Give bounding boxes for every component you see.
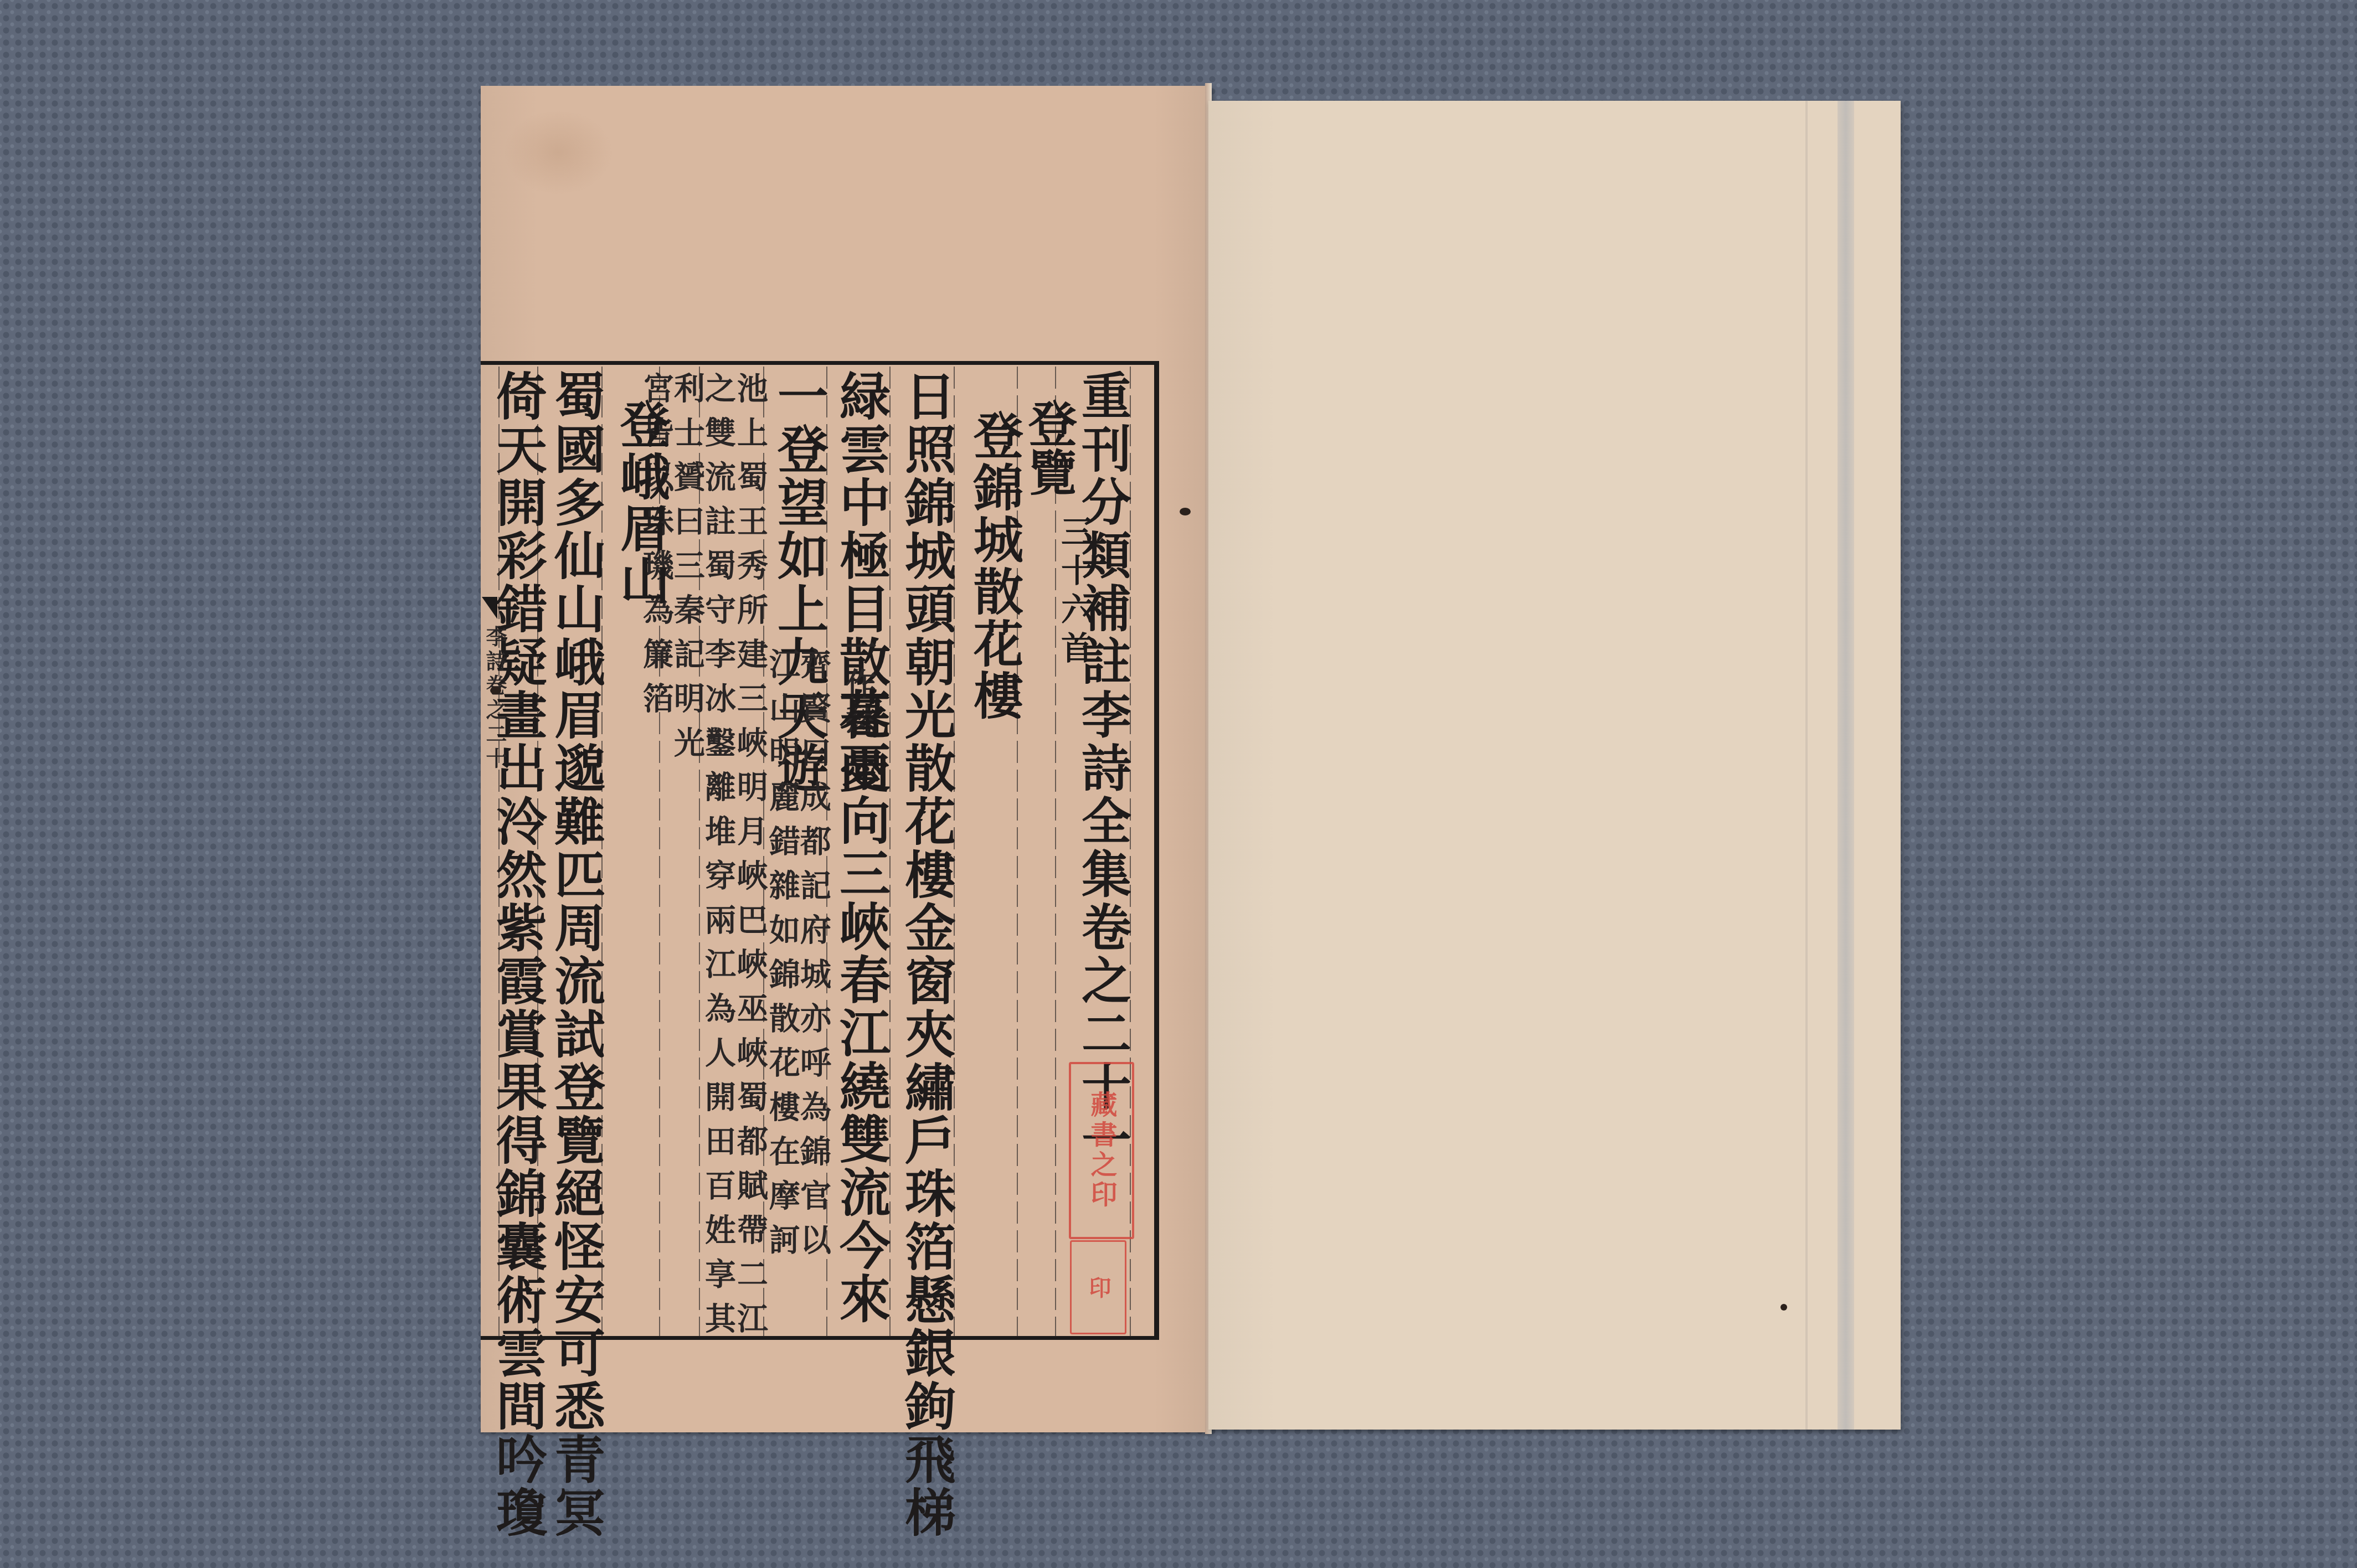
book-photo-scene: 重刊分類補註李詩全集卷之二十一 登覽 三十六首 登錦城散花樓 日照錦城頭朝光散花… [0, 0, 2357, 1568]
collector-seal-small-icon: 印 [1070, 1240, 1126, 1334]
commentary-line: 江山明麗錯雜如錦散花樓在摩訶 [766, 648, 799, 1268]
section-poem-count: 三十六首 [1051, 515, 1098, 670]
poem-text-line: 暮雨向三峽春江繞雙流今來 [831, 688, 892, 1325]
commentary-line: 池上蜀王秀所建三峽明月峽巴峽巫峽蜀都賦帶二江 [734, 372, 766, 1347]
worm-hole [1780, 1304, 1787, 1311]
poem-text-line: 蜀國多仙山峨眉邈難匹周流試登覽絕怪安可悉青冥 [545, 370, 606, 1539]
worm-hole [490, 687, 501, 694]
poem-title: 登錦城散花樓 [958, 410, 1030, 722]
column-rule [1055, 367, 1056, 1337]
worm-hole [1180, 508, 1191, 515]
block-center-fragment: 李詩卷之二十 [480, 626, 510, 772]
poem-title: 登峨眉山 [605, 399, 677, 607]
binding-strip [1838, 101, 1854, 1430]
right-cover-page [1208, 101, 1901, 1430]
commentary-line: 之雙流註蜀守李冰鑿離堆穿兩江為人開田百姓享其 [702, 372, 734, 1347]
poem-text-line: 日照錦城頭朝光散花樓金窗夾繡戶珠箔懸銀鉤飛梯 [896, 370, 957, 1539]
poem-text-line: 倚天開彩錯疑畫出泠然紫霞賞果得錦囊術雲間吟瓊 [487, 370, 548, 1539]
collector-seal-large-icon: 藏書之印 [1069, 1062, 1134, 1239]
binding-edge [1805, 101, 1808, 1430]
commentary-line: 齊賢曰成都記府城亦呼為錦官以 [797, 648, 830, 1268]
volume-header-title: 重刊分類補註李詩全集卷之二十一 [1072, 370, 1133, 1167]
